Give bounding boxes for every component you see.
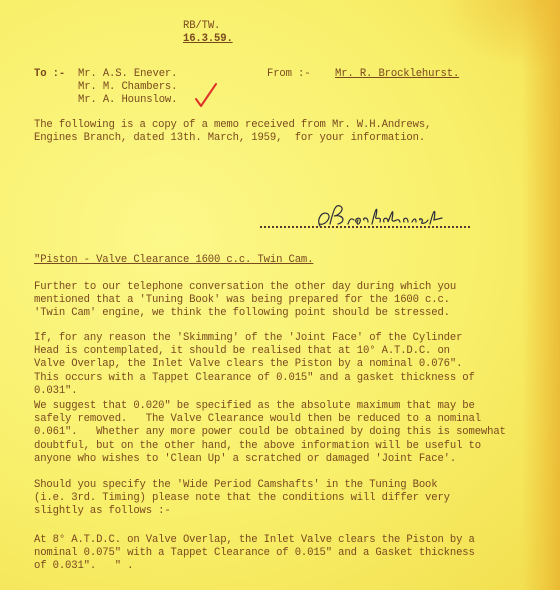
memo-paragraph-line: safely removed. The Valve Clearance woul… bbox=[34, 412, 481, 426]
memo-paragraph-line: At 8° A.T.D.C. on Valve Overlap, the Inl… bbox=[34, 533, 475, 547]
paper-corner-stain bbox=[440, 0, 560, 70]
memo-paragraph-line: Further to our telephone conversation th… bbox=[34, 280, 456, 294]
from-label: From :- bbox=[267, 67, 310, 81]
memo-paragraph-line: If, for any reason the 'Skimming' of the… bbox=[34, 331, 462, 345]
intro-line: The following is a copy of a memo receiv… bbox=[34, 118, 431, 132]
memo-paragraph-line: doubtful, but on the other hand, the abo… bbox=[34, 439, 481, 453]
recipient: Mr. A. Hounslow. bbox=[78, 93, 177, 107]
to-label: To :- bbox=[34, 67, 65, 81]
checkmark-icon bbox=[194, 82, 218, 108]
memo-paragraph-line: 0.031". bbox=[34, 384, 77, 398]
memo-paragraph-line: We suggest that 0.020" be specified as t… bbox=[34, 399, 475, 413]
memo-paragraph-line: Should you specify the 'Wide Period Cams… bbox=[34, 478, 437, 492]
memo-paragraph-line: Valve Overlap, the Inlet Valve clears th… bbox=[34, 357, 462, 371]
memo-paragraph-line: Head is contemplated, it should be reali… bbox=[34, 344, 450, 358]
memo-paragraph-line: anyone who wishes to 'Clean Up' a scratc… bbox=[34, 452, 456, 466]
recipient: Mr. M. Chambers. bbox=[78, 80, 177, 94]
memo-paragraph-line: nominal 0.075" with a Tappet Clearance o… bbox=[34, 546, 475, 560]
memo-paragraph-line: of 0.031". " . bbox=[34, 559, 133, 573]
reference-code: RB/TW. bbox=[183, 19, 220, 33]
memo-paragraph-line: (i.e. 3rd. Timing) please note that the … bbox=[34, 491, 450, 505]
sender-name: Mr. R. Brocklehurst. bbox=[335, 67, 459, 81]
paper-edge-stain bbox=[522, 0, 560, 590]
memo-subject: "Piston - Valve Clearance 1600 c.c. Twin… bbox=[34, 253, 313, 267]
recipient: Mr. A.S. Enever. bbox=[78, 67, 177, 81]
memo-paragraph-line: mentioned that a 'Tuning Book' was being… bbox=[34, 293, 450, 307]
memo-paragraph-line: 'Twin Cam' engine, we think the followin… bbox=[34, 306, 450, 320]
memo-date: 16.3.59. bbox=[183, 32, 233, 46]
handwritten-signature bbox=[312, 200, 462, 232]
memo-paragraph-line: This occurs with a Tappet Clearance of 0… bbox=[34, 371, 475, 385]
memo-paragraph-line: 0.061". Whether any more power could be … bbox=[34, 425, 506, 439]
intro-line: Engines Branch, dated 13th. March, 1959,… bbox=[34, 131, 425, 145]
memo-paragraph-line: slightly as follows :- bbox=[34, 504, 171, 518]
